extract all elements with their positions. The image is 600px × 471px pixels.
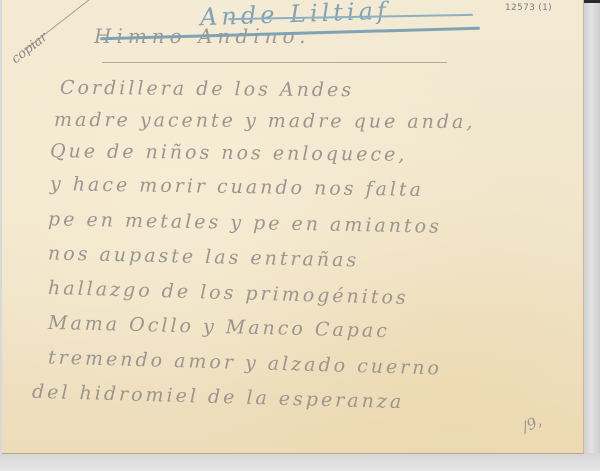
verse-line-7: hallazgo de los primogénitos — [48, 277, 409, 309]
closing-mark: /9, — [519, 412, 544, 437]
scan-background-bottom — [0, 453, 600, 471]
manuscript-page: 12573 (1) Himno Andino. Ande Liltiaf cop… — [2, 0, 584, 454]
margin-note: copiar — [9, 30, 51, 67]
verse-line-6: nos aupaste las entrañas — [48, 242, 360, 271]
verse-line-9: tremendo amor y alzado cuerno — [48, 347, 443, 380]
verse-line-8: Mama Ocllo y Manco Capac — [48, 312, 390, 342]
verse-line-5: pe en metales y pe en amiantos — [48, 208, 442, 238]
verse-line-3: Que de niños nos enloquece, — [50, 140, 408, 166]
scan-edge-bar — [584, 0, 600, 3]
scan-background-right — [583, 0, 600, 471]
verse-line-1: Cordillera de los Andes — [60, 77, 354, 102]
verse-line-10: del hidromiel de la esperanza — [32, 381, 405, 413]
verse-line-2: madre yacente y madre que anda, — [54, 109, 476, 133]
archive-number: 12573 (1) — [505, 3, 552, 13]
title-underline — [102, 62, 447, 63]
verse-line-4: y hace morir cuando nos falta — [50, 173, 424, 201]
